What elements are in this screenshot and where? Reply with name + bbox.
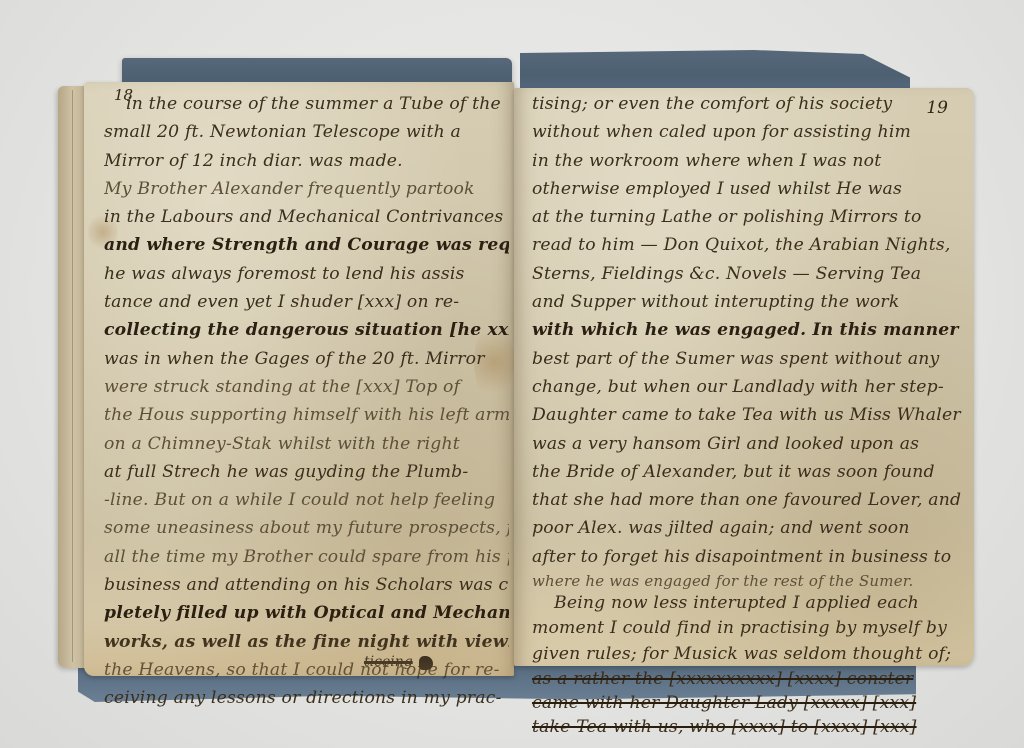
right-page-text: tising; or even the comfort of his socie… bbox=[532, 90, 964, 739]
text-line: pletely filled up with Optical and Mecha… bbox=[104, 599, 509, 627]
text-line: poor Alex. was jilted again; and went so… bbox=[532, 514, 964, 542]
text-line: at full Strech he was guyding the Plumb- bbox=[104, 458, 509, 486]
text-line: otherwise employed I used whilst He was bbox=[532, 175, 964, 203]
text-line: best part of the Sumer was spent without… bbox=[532, 345, 964, 373]
left-page: 18 in the course of the summer a Tube of… bbox=[84, 82, 514, 676]
text-line: where he was engaged for the rest of the… bbox=[532, 571, 964, 591]
text-line: tising; or even the comfort of his socie… bbox=[532, 90, 964, 118]
text-line: works, as well as the fine night with vi… bbox=[104, 628, 509, 656]
text-line: and where Strength and Courage was requi… bbox=[104, 231, 509, 259]
text-line: collecting the dangerous situation [he x… bbox=[104, 316, 509, 344]
text-line: and Supper without interupting the work bbox=[532, 288, 964, 316]
text-line: all the time my Brother could spare from… bbox=[104, 543, 509, 571]
text-line: was in when the Gages of the 20 ft. Mirr… bbox=[104, 345, 509, 373]
text-line: the Heavens, so that I could not hope fo… bbox=[104, 656, 509, 684]
text-line: Daughter came to take Tea with us Miss W… bbox=[532, 401, 964, 429]
struck-text-line: as a rather the [xxxxxxxxxx] [xxxx] cons… bbox=[532, 667, 964, 691]
text-line: were struck standing at the [xxx] Top of bbox=[104, 373, 509, 401]
text-line: the Hous supporting himself with his lef… bbox=[104, 401, 509, 429]
text-line: he was always foremost to lend his assis bbox=[104, 260, 509, 288]
text-line: some uneasiness about my future prospect… bbox=[104, 514, 509, 542]
text-line: Sterns, Fieldings &c. Novels — Serving T… bbox=[532, 260, 964, 288]
text-line: that she had more than one favoured Love… bbox=[532, 486, 964, 514]
text-line: after to forget his disapointment in bus… bbox=[532, 543, 964, 571]
text-line: the Bride of Alexander, but it was soon … bbox=[532, 458, 964, 486]
ink-blot bbox=[419, 656, 433, 670]
text-line: ceiving any lessons or directions in my … bbox=[104, 684, 509, 712]
notebook-photo: 18 in the course of the summer a Tube of… bbox=[0, 0, 1024, 748]
text-line: in the course of the summer a Tube of th… bbox=[104, 90, 509, 118]
text-line: small 20 ft. Newtonian Telescope with a bbox=[104, 118, 509, 146]
right-page: 19 tising; or even the comfort of his so… bbox=[514, 88, 974, 666]
text-line: My Brother Alexander frequently partook bbox=[104, 175, 509, 203]
text-line: -line. But on a while I could not help f… bbox=[104, 486, 509, 514]
text-line: tance and even yet I shuder [xxx] on re- bbox=[104, 288, 509, 316]
text-line: given rules; for Musick was seldom thoug… bbox=[532, 641, 964, 667]
text-line: business and attending on his Scholars w… bbox=[104, 571, 509, 599]
text-line: with which he was engaged. In this manne… bbox=[532, 316, 964, 344]
text-line: without when caled upon for assisting hi… bbox=[532, 118, 964, 146]
text-line: moment I could find in practising by mys… bbox=[532, 615, 964, 641]
text-line: on a Chimney-Stak whilst with the right bbox=[104, 430, 509, 458]
text-line: Mirror of 12 inch diar. was made. bbox=[104, 147, 509, 175]
left-page-text: in the course of the summer a Tube of th… bbox=[104, 90, 509, 713]
text-line: change, but when our Landlady with her s… bbox=[532, 373, 964, 401]
struck-text-line: came with her Daughter Lady [xxxxx] [xxx… bbox=[532, 691, 964, 715]
text-line: was a very hansom Girl and looked upon a… bbox=[532, 430, 964, 458]
text-line: in the Labours and Mechanical Contrivanc… bbox=[104, 203, 509, 231]
struck-text-line: take Tea with us, who [xxxx] to [xxxx] [… bbox=[532, 715, 964, 739]
catchword-struck: ticeing bbox=[364, 654, 413, 670]
text-line: at the turning Lathe or polishing Mirror… bbox=[532, 203, 964, 231]
text-line: in the workroom where when I was not bbox=[532, 147, 964, 175]
text-line: Being now less interupted I applied each bbox=[532, 591, 964, 615]
text-line: read to him — Don Quixot, the Arabian Ni… bbox=[532, 231, 964, 259]
